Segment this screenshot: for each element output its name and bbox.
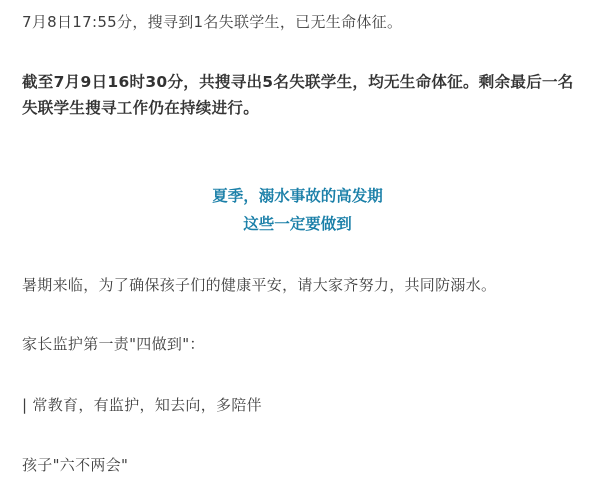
paragraph-parent-duties: 家长监护第一责"四做到"： [22,331,205,357]
paragraph-search-update: 7月8日17:55分，搜寻到1名失联学生，已无生命体征。 [22,9,402,35]
paragraph-summer-safety: 暑期来临，为了确保孩子们的健康平安，请大家齐努力，共同防溺水。 [22,272,496,298]
section-heading-line-2: 这些一定要做到 [0,211,595,238]
paragraph-search-summary: 截至7月9日16时30分，共搜寻出5名失联学生，均无生命体征。剩余最后一名失联学… [22,69,582,121]
paragraph-children-rules: 孩子"六不两会" [22,452,128,478]
paragraph-four-duties-list: | 常教育，有监护，知去向，多陪伴 [22,392,262,418]
section-heading-line-1: 夏季，溺水事故的高发期 [0,183,595,210]
